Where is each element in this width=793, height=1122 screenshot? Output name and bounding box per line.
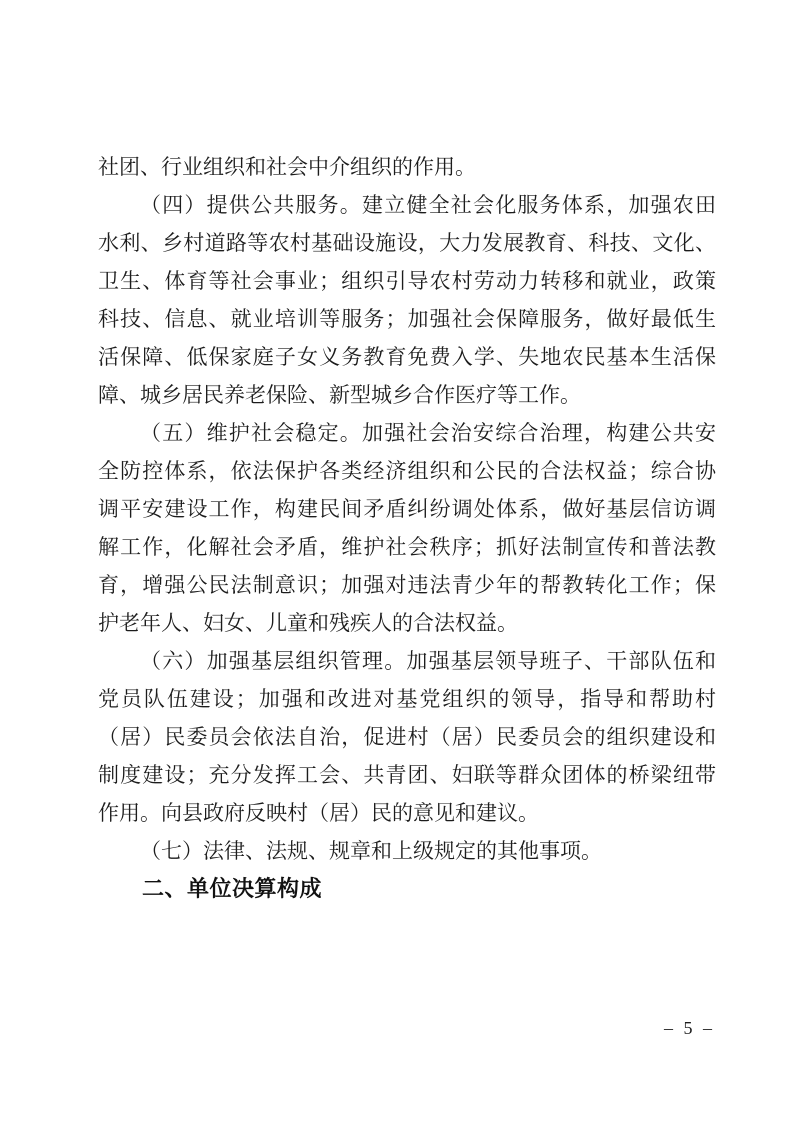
text-line: 作用。向县政府反映村（居）民的意见和建议。: [98, 794, 716, 832]
text-line: 科技、信息、就业培训等服务；加强社会保障服务，做好最低生: [98, 300, 716, 338]
text-line: （五）维护社会稳定。加强社会治安综合治理，构建公共安: [98, 414, 716, 452]
section-heading: 二、单位决算构成: [98, 870, 716, 908]
text-line: 解工作，化解社会矛盾，维护社会秩序；抓好法制宣传和普法教: [98, 528, 716, 566]
page-number: – 5 –: [664, 1016, 715, 1040]
text-line: （居）民委员会依法自治，促进村（居）民委员会的组织建设和: [98, 718, 716, 756]
document-page: 社团、行业组织和社会中介组织的作用。（四）提供公共服务。建立健全社会化服务体系，…: [0, 0, 793, 1122]
document-body: 社团、行业组织和社会中介组织的作用。（四）提供公共服务。建立健全社会化服务体系，…: [98, 148, 716, 908]
text-line: （四）提供公共服务。建立健全社会化服务体系，加强农田: [98, 186, 716, 224]
text-line: 活保障、低保家庭子女义务教育免费入学、失地农民基本生活保: [98, 338, 716, 376]
text-line: 育，增强公民法制意识；加强对违法青少年的帮教转化工作；保: [98, 566, 716, 604]
text-line: 党员队伍建设；加强和改进对基党组织的领导，指导和帮助村: [98, 680, 716, 718]
text-line: 障、城乡居民养老保险、新型城乡合作医疗等工作。: [98, 376, 716, 414]
text-line: 护老年人、妇女、儿童和残疾人的合法权益。: [98, 604, 716, 642]
text-line: （六）加强基层组织管理。加强基层领导班子、干部队伍和: [98, 642, 716, 680]
text-line: 制度建设；充分发挥工会、共青团、妇联等群众团体的桥梁纽带: [98, 756, 716, 794]
text-line: （七）法律、法规、规章和上级规定的其他事项。: [98, 832, 716, 870]
text-line: 全防控体系，依法保护各类经济组织和公民的合法权益；综合协: [98, 452, 716, 490]
text-line: 社团、行业组织和社会中介组织的作用。: [98, 148, 716, 186]
text-line: 水利、乡村道路等农村基础设施设，大力发展教育、科技、文化、: [98, 224, 716, 262]
text-line: 卫生、体育等社会事业；组织引导农村劳动力转移和就业，政策: [98, 262, 716, 300]
text-line: 调平安建设工作，构建民间矛盾纠纷调处体系，做好基层信访调: [98, 490, 716, 528]
